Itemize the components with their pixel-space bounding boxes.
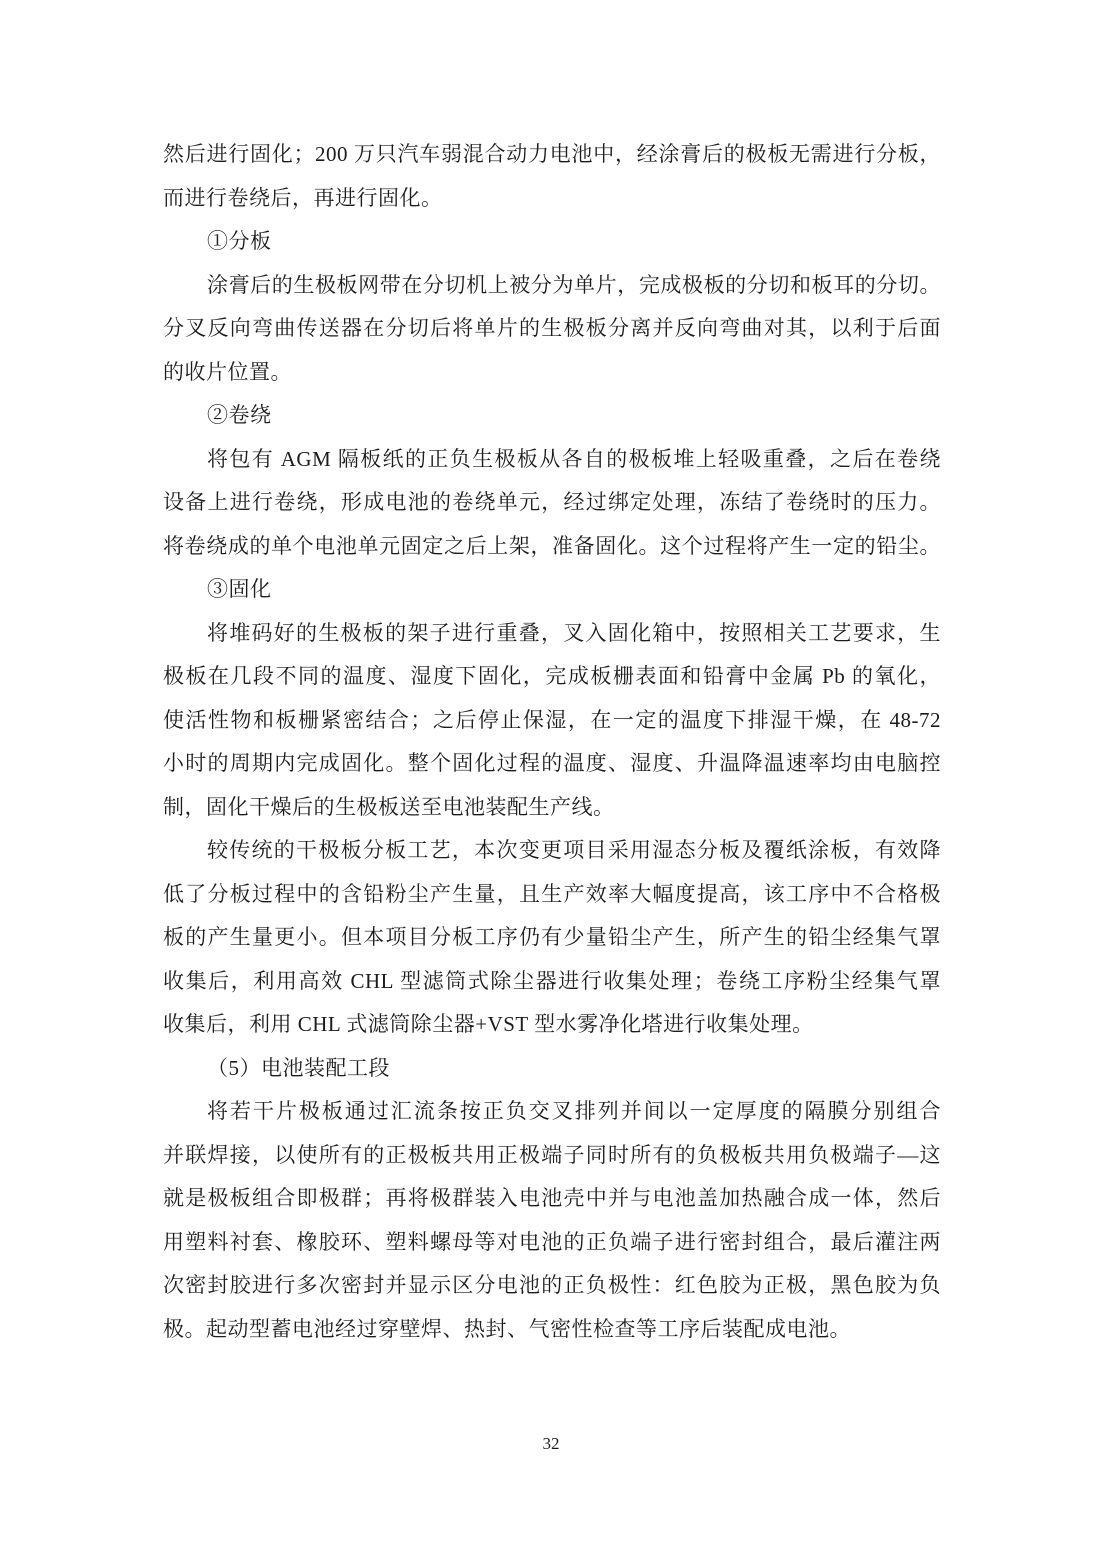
- text-line: 低了分板过程中的含铅粉尘产生量，且生产效率大幅度提高，该工序中不合格极: [163, 873, 941, 917]
- text-line: 涂膏后的生极板网带在分切机上被分为单片，完成极板的分切和板耳的分切。: [163, 264, 941, 308]
- document-page: 然后进行固化；200 万只汽车弱混合动力电池中，经涂膏后的极板无需进行分板， 而…: [163, 133, 941, 1351]
- text-line: 的收片位置。: [163, 351, 941, 395]
- text-line: 极板在几段不同的温度、湿度下固化，完成板栅表面和铅膏中金属 Pb 的氧化，: [163, 655, 941, 699]
- text-line: 并联焊接，以使所有的正极板共用正极端子同时所有的负极板共用负极端子—这: [163, 1134, 941, 1178]
- text-line: 较传统的干极板分板工艺，本次变更项目采用湿态分板及覆纸涂板，有效降: [163, 829, 941, 873]
- text-line: 小时的周期内完成固化。整个固化过程的温度、湿度、升温降温速率均由电脑控: [163, 742, 941, 786]
- heading-split-step: ①分板: [163, 220, 941, 264]
- heading-assembly-section: （5）电池装配工段: [163, 1047, 941, 1091]
- text-line: 将包有 AGM 隔板纸的正负生极板从各自的极板堆上轻吸重叠，之后在卷绕: [163, 438, 941, 482]
- page-number: 32: [0, 1432, 1102, 1456]
- text-line: 制，固化干燥后的生极板送至电池装配生产线。: [163, 786, 941, 830]
- text-line: 就是极板组合即极群；再将极群装入电池壳中并与电池盖加热融合成一体，然后: [163, 1177, 941, 1221]
- text-line: 收集后，利用 CHL 式滤筒除尘器+VST 型水雾净化塔进行收集处理。: [163, 1003, 941, 1047]
- heading-winding-step: ②卷绕: [163, 394, 941, 438]
- text-line: 设备上进行卷绕，形成电池的卷绕单元，经过绑定处理，冻结了卷绕时的压力。: [163, 481, 941, 525]
- text-line: 然后进行固化；200 万只汽车弱混合动力电池中，经涂膏后的极板无需进行分板，: [163, 133, 941, 177]
- heading-curing-step: ③固化: [163, 568, 941, 612]
- text-line: 极。起动型蓄电池经过穿壁焊、热封、气密性检查等工序后装配成电池。: [163, 1308, 941, 1352]
- text-line: 板的产生量更小。但本项目分板工序仍有少量铅尘产生，所产生的铅尘经集气罩: [163, 916, 941, 960]
- text-line: 用塑料衬套、橡胶环、塑料螺母等对电池的正负端子进行密封组合，最后灌注两: [163, 1221, 941, 1265]
- text-line: 次密封胶进行多次密封并显示区分电池的正负极性：红色胶为正极，黑色胶为负: [163, 1264, 941, 1308]
- text-line: 将若干片极板通过汇流条按正负交叉排列并间以一定厚度的隔膜分别组合: [163, 1090, 941, 1134]
- text-line: 而进行卷绕后，再进行固化。: [163, 177, 941, 221]
- text-line: 分叉反向弯曲传送器在分切后将单片的生极板分离并反向弯曲对其，以利于后面: [163, 307, 941, 351]
- text-line: 将卷绕成的单个电池单元固定之后上架，准备固化。这个过程将产生一定的铅尘。: [163, 525, 941, 569]
- text-line: 使活性物和板栅紧密结合；之后停止保湿，在一定的温度下排湿干燥，在 48-72: [163, 699, 941, 743]
- text-line: 将堆码好的生极板的架子进行重叠，叉入固化箱中，按照相关工艺要求，生: [163, 612, 941, 656]
- text-line: 收集后，利用高效 CHL 型滤筒式除尘器进行收集处理；卷绕工序粉尘经集气罩: [163, 960, 941, 1004]
